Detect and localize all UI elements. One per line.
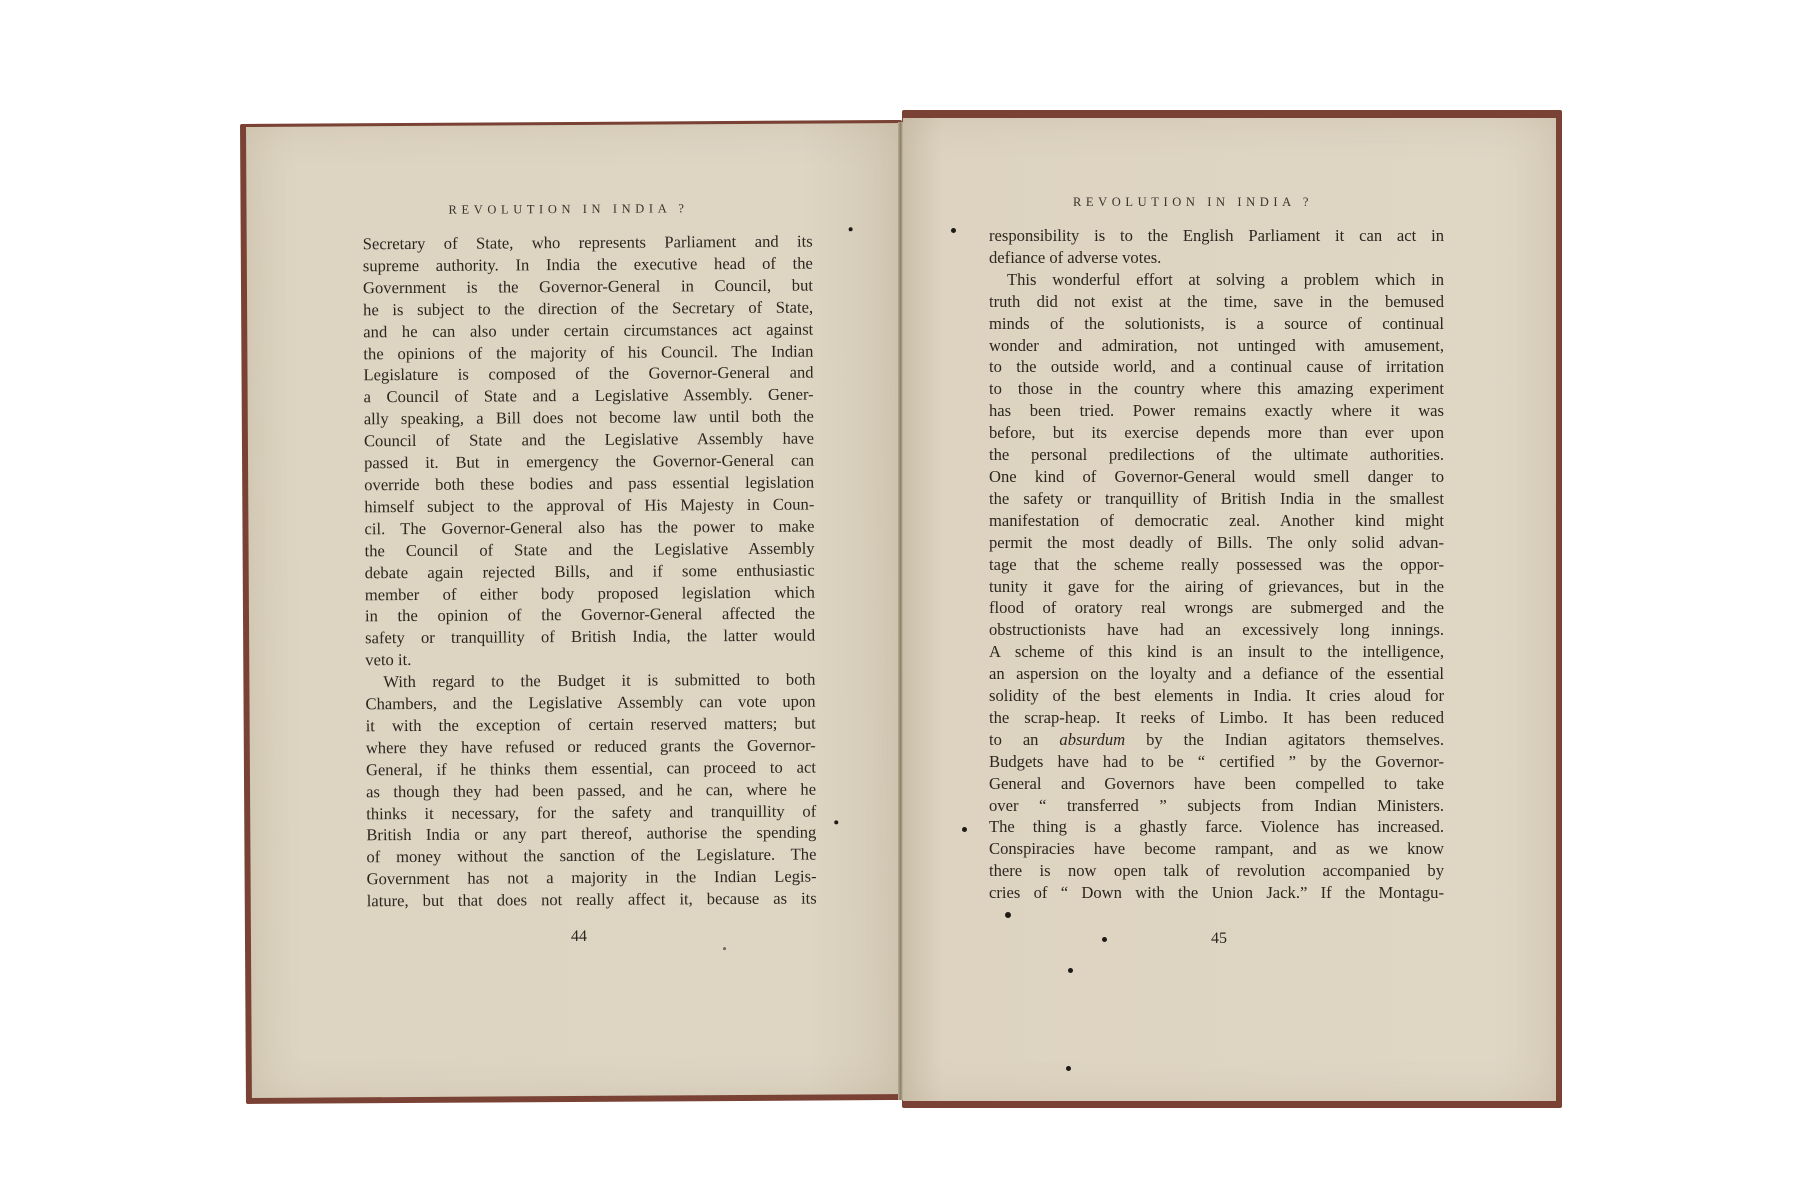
italic-word: absurdum [1059, 730, 1125, 749]
text-line: wonder and admiration, not untinged with… [989, 335, 1444, 357]
text-line: One kind of Governor-General would smell… [989, 466, 1444, 488]
ink-speck [1005, 912, 1011, 918]
text-line: British India or any part thereof, autho… [366, 822, 816, 847]
text-line: flood of oratory real wrongs are submerg… [989, 597, 1444, 619]
text-line: Legislature is composed of the Governor-… [363, 362, 813, 387]
text-line: before, but its exercise depends more th… [989, 422, 1444, 444]
text-line: a Council of State and a Legislative Ass… [364, 384, 814, 409]
text-line: minds of the solutionists, is a source o… [989, 313, 1444, 335]
text-line: safety or tranquillity of British India,… [365, 625, 815, 650]
page-number-left: 44 [571, 928, 587, 946]
text-line: General and Governors have been compelle… [989, 773, 1444, 795]
text-line: With regard to the Budget it is submitte… [365, 669, 815, 694]
text-line-with-italic: to an absurdum by the Indian agitators t… [989, 729, 1444, 751]
text-line: passed it. But in emergency the Governor… [364, 450, 814, 475]
text-line: Chambers, and the Legislative Assembly c… [365, 691, 815, 716]
text-line: This wonderful effort at solving a probl… [989, 269, 1444, 291]
text-line: there is now open talk of revolution acc… [989, 860, 1444, 882]
text-line: Government is the Governor-General in Co… [363, 274, 813, 299]
text-line: and he can also under certain circumstan… [363, 318, 813, 343]
text-line: has been tried. Power remains exactly wh… [989, 400, 1444, 422]
text-line: defiance of adverse votes. [989, 247, 1444, 269]
text-line: lature, but that does not really affect … [367, 888, 817, 913]
ink-speck [834, 820, 838, 824]
text-line: over “ transferred ” subjects from India… [989, 795, 1444, 817]
left-page-body: Secretary of State, who represents Parli… [363, 231, 817, 913]
right-page: REVOLUTION IN INDIA ? responsibility is … [903, 118, 1556, 1101]
text-line: to those in the country where this amazi… [989, 378, 1444, 400]
text-line: tage that the scheme really possessed wa… [989, 554, 1444, 576]
text-line: obstructionists have had an excessively … [989, 619, 1444, 641]
text-run: by the Indian agitators themselves. [1125, 730, 1444, 749]
right-page-body: responsibility is to the English Parliam… [989, 225, 1444, 904]
text-line: solidity of the best elements in India. … [989, 685, 1444, 707]
text-line: himself subject to the approval of His M… [364, 493, 814, 518]
text-line: he is subject to the direction of the Se… [363, 296, 813, 321]
text-line: permit the most deadly of Bills. The onl… [989, 532, 1444, 554]
open-book: REVOLUTION IN INDIA ? Secretary of State… [0, 0, 1800, 1200]
text-line: General, if he thinks them essential, ca… [366, 756, 816, 781]
text-line: of money without the sanction of the Leg… [366, 844, 816, 869]
text-line: Budgets have had to be “ certified ” by … [989, 751, 1444, 773]
text-line: the scrap-heap. It reeks of Limbo. It ha… [989, 707, 1444, 729]
text-line: Government has not a majority in the Ind… [367, 866, 817, 891]
text-line: cries of “ Down with the Union Jack.” If… [989, 882, 1444, 904]
text-line: supreme authority. In India the executiv… [363, 252, 813, 277]
text-line: manifestation of democratic zeal. Anothe… [989, 510, 1444, 532]
ink-speck [1102, 937, 1107, 942]
text-line: truth did not exist at the time, save in… [989, 291, 1444, 313]
text-line: Conspiracies have become rampant, and as… [989, 838, 1444, 860]
left-page: REVOLUTION IN INDIA ? Secretary of State… [246, 123, 906, 1098]
text-line: The thing is a ghastly farce. Violence h… [989, 816, 1444, 838]
text-line: it with the exception of certain reserve… [366, 712, 816, 737]
text-line: the personal predilections of the ultima… [989, 444, 1444, 466]
text-line: A scheme of this kind is an insult to th… [989, 641, 1444, 663]
text-line: veto it. [365, 647, 815, 672]
text-line: member of either body proposed legislati… [365, 581, 815, 606]
running-head-right: REVOLUTION IN INDIA ? [1073, 195, 1313, 210]
ink-speck [1066, 1066, 1071, 1071]
text-line: where they have refused or reduced grant… [366, 734, 816, 759]
text-line: ally speaking, a Bill does not become la… [364, 406, 814, 431]
ink-speck [951, 228, 956, 233]
page-number-right: 45 [1211, 930, 1227, 948]
text-line: to the outside world, and a continual ca… [989, 356, 1444, 378]
text-line: cil. The Governor-General also has the p… [364, 515, 814, 540]
text-line: Council of State and the Legislative Ass… [364, 428, 814, 453]
text-line: override both these bodies and pass esse… [364, 472, 814, 497]
text-line: responsibility is to the English Parliam… [989, 225, 1444, 247]
ink-speck [1068, 968, 1073, 973]
ink-speck [723, 947, 726, 950]
text-line: Secretary of State, who represents Parli… [363, 231, 813, 256]
text-line: tunity it gave for the airing of grievan… [989, 576, 1444, 598]
text-line: an aspersion on the loyalty and a defian… [989, 663, 1444, 685]
ink-speck [849, 227, 853, 231]
ink-speck [962, 827, 967, 832]
text-line: as though they had been passed, and he c… [366, 778, 816, 803]
running-head-left: REVOLUTION IN INDIA ? [448, 201, 688, 217]
text-line: the safety or tranquillity of British In… [989, 488, 1444, 510]
text-line: the Council of State and the Legislative… [365, 537, 815, 562]
text-line: in the opinion of the Governor-General a… [365, 603, 815, 628]
text-line: debate again rejected Bills, and if some… [365, 559, 815, 584]
text-line: the opinions of the majority of his Coun… [363, 340, 813, 365]
text-line: thinks it necessary, for the safety and … [366, 800, 816, 825]
text-run: to an [989, 730, 1059, 749]
